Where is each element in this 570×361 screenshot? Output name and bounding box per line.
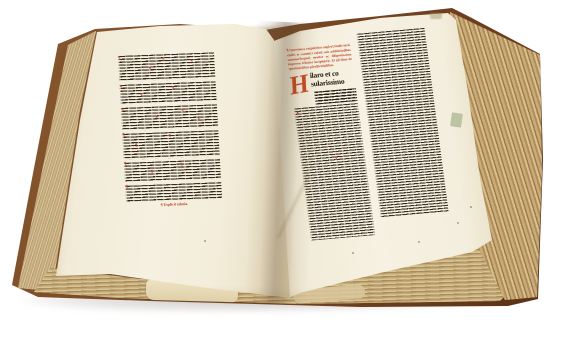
left-page-text-column: ¶ ¶ ¶ ¶ ¶ ¶ ¶ ¶ ¶ ¶ ¶ ¶ ¶ ¶ ¶ ¶ ¶ ¶ ¶ Ex… xyxy=(118,52,223,221)
folio-number-smudge xyxy=(430,13,442,19)
speck xyxy=(352,252,354,254)
pilcrow-mark: ¶ xyxy=(120,85,123,89)
pilcrow-mark: ¶ xyxy=(118,56,121,60)
speck xyxy=(457,222,459,224)
pilcrow-mark: ¶ xyxy=(149,67,152,71)
dedication-small-lines xyxy=(314,88,358,105)
pilcrow-mark: ¶ xyxy=(335,156,338,160)
pilcrow-mark: ¶ xyxy=(198,117,201,121)
speck xyxy=(204,240,206,242)
pilcrow-mark: ¶ xyxy=(180,163,183,167)
pilcrow-mark: ¶ xyxy=(122,133,125,137)
pilcrow-mark: ¶ xyxy=(121,108,124,112)
pilcrow-mark: ¶ xyxy=(140,93,143,97)
explicit-text: Explicit tabula. xyxy=(163,201,188,206)
pilcrow-mark: ¶ xyxy=(125,185,128,189)
pilcrow-mark: ¶ xyxy=(135,143,138,147)
bookmark-tab xyxy=(450,112,463,127)
pilcrow-mark: ¶ xyxy=(124,162,127,166)
paragraph-block xyxy=(120,81,217,105)
explicit-line: ¶ Explicit tabula. xyxy=(140,201,209,214)
gutter-shadow xyxy=(244,21,320,306)
speck xyxy=(470,206,472,208)
pilcrow-mark: ¶ xyxy=(190,59,193,63)
speck xyxy=(418,241,420,243)
photo-antique-book: ¶ ¶ ¶ ¶ ¶ ¶ ¶ ¶ ¶ ¶ ¶ ¶ ¶ ¶ ¶ ¶ ¶ ¶ ¶ Ex… xyxy=(0,0,570,361)
pilcrow-mark: ¶ xyxy=(155,116,158,120)
pilcrow-mark: ¶ xyxy=(162,57,165,61)
paragraph-block xyxy=(118,52,215,82)
paragraph-block xyxy=(124,159,221,183)
pilcrow-mark: ¶ xyxy=(181,109,184,113)
pilcrow-mark: ¶ xyxy=(168,134,171,138)
right-page-column-right xyxy=(357,28,449,219)
pilcrow-mark: ¶ xyxy=(150,170,153,174)
paragraph-block xyxy=(121,104,218,131)
pilcrow-mark: ¶ xyxy=(172,86,175,90)
